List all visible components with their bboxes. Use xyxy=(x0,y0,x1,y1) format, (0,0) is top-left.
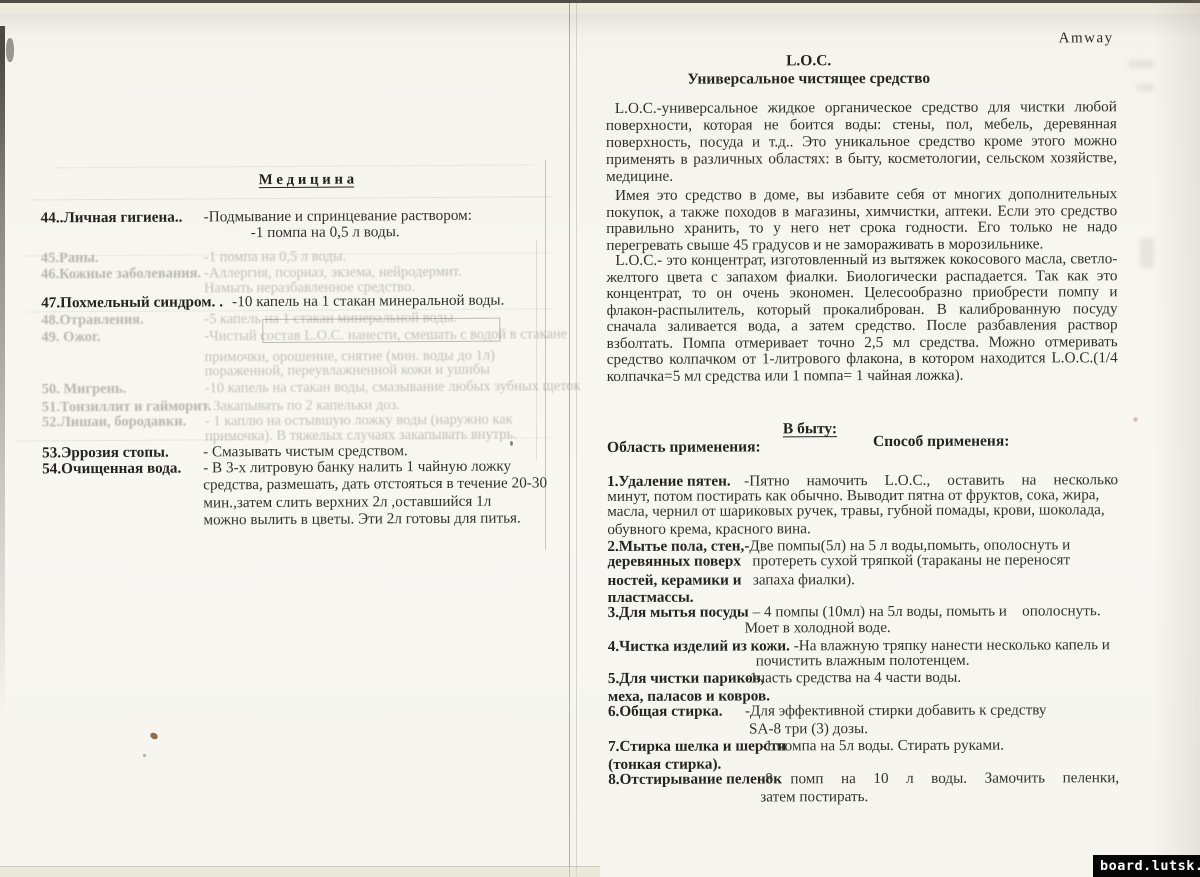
usage-row-1c: масла, чернил от шариковых ручек, травы,… xyxy=(607,501,1105,520)
usage-label: ностей, керамики и xyxy=(607,572,741,589)
usage-row-6b: SA-8 три (3) дозы. xyxy=(749,720,868,737)
usage-row-5: 5.Для чистки париков, -1часть средства н… xyxy=(608,668,1119,687)
usage-text: протереть сухой тряпкой (тараканы не пер… xyxy=(741,551,1070,569)
usage-row-3b: Моет в холодной воде. xyxy=(745,619,891,637)
usage-text: -Для эффективной стирки добавить к средс… xyxy=(745,701,1047,719)
usage-row-6: 6.Общая стирка. -Для эффективной стирки … xyxy=(608,701,1119,720)
usage-label: деревянных поверх xyxy=(607,553,741,570)
scanned-document: М е д и ц и н а 44..Личная гигиена.. -По… xyxy=(0,0,1200,877)
usage-text: -1 помпа на 5л воды. Стирать руками. xyxy=(760,737,1004,755)
right-page: Amway L.O.C. Универсальное чистящее сред… xyxy=(0,0,1200,877)
site-watermark: board.lutsk.ua xyxy=(1093,855,1200,877)
intro-paragraph-1: L.O.C.-универсальное жидкое органическое… xyxy=(606,98,1117,185)
intro-paragraph-3: L.O.C.- это концентрат, изготовленный из… xyxy=(606,251,1117,385)
usage-text: – 4 помпы (10мл) на 5л воды, помыть и оп… xyxy=(749,602,1101,620)
usage-label: 8.Отстирывание пеленок xyxy=(608,770,760,788)
document-subtitle: Универсальное чистящее средство xyxy=(609,70,1009,89)
brand-name: Amway xyxy=(1059,30,1114,47)
column-header-area: Область применения: xyxy=(607,438,761,457)
usage-row-2b: деревянных поверх протереть сухой тряпко… xyxy=(607,551,1127,570)
intro-paragraph-2: Имея это средство в доме, вы избавите се… xyxy=(606,186,1117,254)
usage-row-7: 7.Стирка шелка и шерсти -1 помпа на 5л в… xyxy=(608,736,1119,755)
usage-text: -8 помп на 10 л воды. Замочить пеленки, xyxy=(760,769,1119,787)
usage-label: 7.Стирка шелка и шерсти xyxy=(608,737,760,755)
usage-row-8: 8.Отстирывание пеленок -8 помп на 10 л в… xyxy=(608,769,1119,788)
usage-label: 3.Для мытья посуды xyxy=(608,603,749,620)
column-header-method: Способ примененя: xyxy=(873,433,1009,451)
usage-row-2c: ностей, керамики и запаха фиалки). xyxy=(607,570,1127,589)
usage-label: 5.Для чистки париков, xyxy=(608,669,745,686)
usage-text: -1часть средства на 4 части воды. xyxy=(745,669,961,687)
usage-row-4b: почистить влажным полотенцем. xyxy=(756,652,970,670)
usage-label: 6.Общая стирка. xyxy=(608,702,745,719)
document-title: L.O.C. xyxy=(609,52,1009,71)
usage-text: запаха фиалки). xyxy=(741,571,855,588)
usage-row-1d: обувного крема, красного вина. xyxy=(607,520,810,538)
usage-row-8b: затем постирать. xyxy=(760,788,868,805)
